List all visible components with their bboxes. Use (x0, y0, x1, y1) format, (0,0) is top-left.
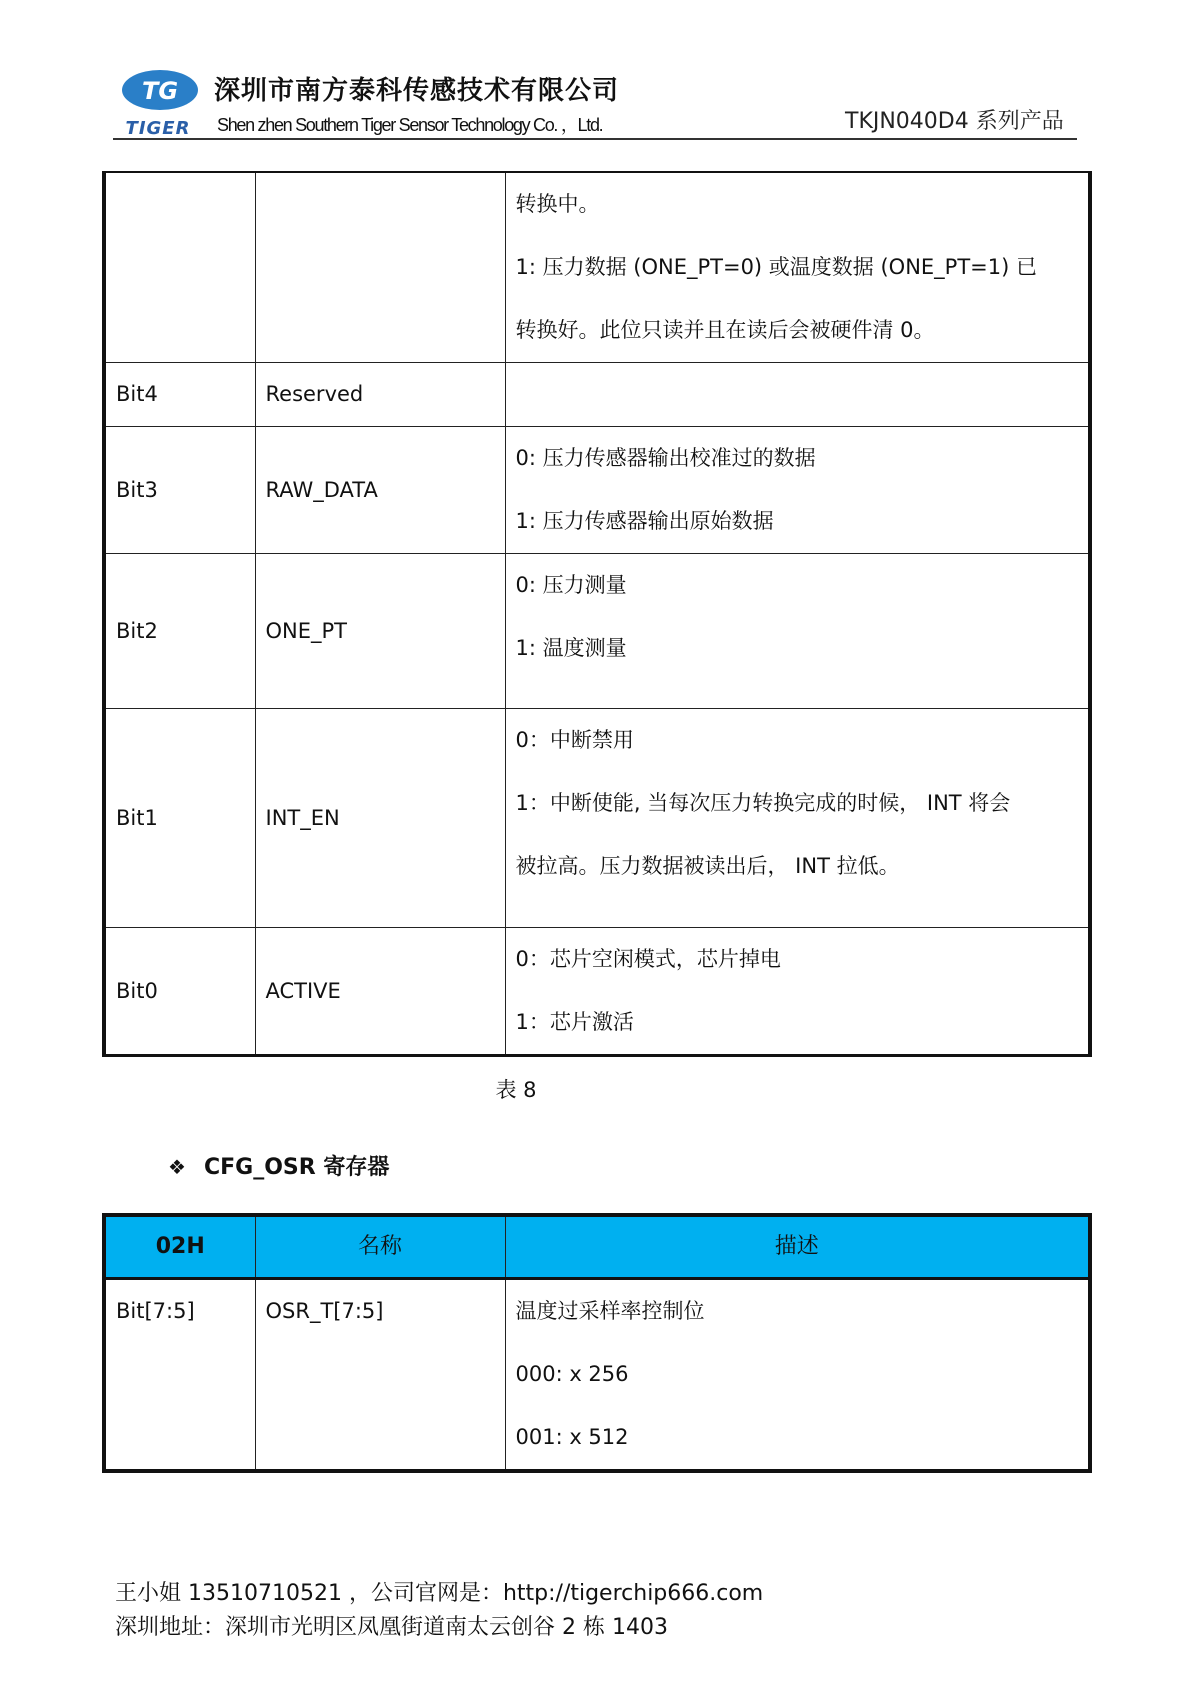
svg-text:TIGER: TIGER (126, 118, 191, 138)
table-row: 转换中。 1: 压力数据 (ONE_PT=0) 或温度数据 (ONE_PT=1)… (104, 172, 1090, 363)
desc-line: 0: 压力测量 (516, 554, 1079, 617)
name-cell: OSR_T[7:5] (255, 1279, 505, 1472)
desc-line: 0: 压力传感器输出校准过的数据 (516, 427, 1079, 490)
desc-line: 1: 压力传感器输出原始数据 (516, 490, 1079, 553)
desc-cell: 温度过采样率控制位 000: x 256 001: x 512 (505, 1279, 1090, 1472)
desc-line: 1: 压力数据 (ONE_PT=0) 或温度数据 (ONE_PT=1) 已 (516, 236, 1079, 299)
product-series: TKJN040D4 系列产品 (845, 104, 1064, 135)
cfg-osr-table: 02H 名称 描述 Bit[7:5] OSR_T[7:5] 温度过采样率控制位 … (102, 1213, 1092, 1473)
bit-cell: Bit1 (104, 709, 255, 928)
desc-line: 001: x 512 (516, 1406, 1079, 1469)
name-cell (255, 172, 505, 363)
desc-line: 转换好。此位只读并且在读后会被硬件清 0。 (516, 299, 1079, 362)
desc-line: 转换中。 (516, 173, 1079, 236)
section-heading: ❖CFG_OSR 寄存器 (168, 1150, 389, 1181)
name-cell: RAW_DATA (255, 427, 505, 554)
table-row: Bit3 RAW_DATA 0: 压力传感器输出校准过的数据 1: 压力传感器输… (104, 427, 1090, 554)
desc-line: 0：中断禁用 (516, 709, 1079, 772)
desc-cell: 转换中。 1: 压力数据 (ONE_PT=0) 或温度数据 (ONE_PT=1)… (505, 172, 1090, 363)
desc-line: 000: x 256 (516, 1343, 1079, 1406)
footer-contact: 王小姐 13510710521 ，公司官网是：http://tigerchip6… (115, 1576, 763, 1607)
svg-text:TG: TG (142, 77, 178, 105)
desc-cell: 0：芯片空闲模式，芯片掉电 1：芯片激活 (505, 928, 1090, 1056)
desc-line: 1：芯片激活 (516, 991, 1079, 1054)
desc-line: 1：中断使能, 当每次压力转换完成的时候， INT 将会 (516, 772, 1079, 835)
register-bit-table: 转换中。 1: 压力数据 (ONE_PT=0) 或温度数据 (ONE_PT=1)… (102, 171, 1092, 1057)
name-cell: Reserved (255, 363, 505, 427)
column-header-address: 02H (104, 1215, 255, 1279)
name-cell: INT_EN (255, 709, 505, 928)
name-cell: ACTIVE (255, 928, 505, 1056)
desc-line: 温度过采样率控制位 (516, 1280, 1079, 1343)
name-cell: ONE_PT (255, 554, 505, 709)
table-row: Bit4 Reserved (104, 363, 1090, 427)
bit-cell: Bit3 (104, 427, 255, 554)
table-caption: 表 8 (0, 1074, 1032, 1104)
diamond-bullet-icon: ❖ (168, 1155, 190, 1179)
field-name: OSR_T[7:5] (266, 1280, 495, 1343)
desc-line: 0：芯片空闲模式，芯片掉电 (516, 928, 1079, 991)
header-divider (113, 138, 1077, 140)
table-header-row: 02H 名称 描述 (104, 1215, 1090, 1279)
desc-cell: 0: 压力传感器输出校准过的数据 1: 压力传感器输出原始数据 (505, 427, 1090, 554)
table-row: Bit0 ACTIVE 0：芯片空闲模式，芯片掉电 1：芯片激活 (104, 928, 1090, 1056)
table-row: Bit2 ONE_PT 0: 压力测量 1: 温度测量 (104, 554, 1090, 709)
tiger-tg-logo-icon: TG TIGER (118, 68, 202, 138)
bit-cell: Bit0 (104, 928, 255, 1056)
desc-cell (505, 363, 1090, 427)
desc-cell: 0: 压力测量 1: 温度测量 (505, 554, 1090, 709)
desc-line: 1: 温度测量 (516, 617, 1079, 680)
section-title: CFG_OSR 寄存器 (204, 1155, 389, 1180)
desc-cell: 0：中断禁用 1：中断使能, 当每次压力转换完成的时候， INT 将会 被拉高。… (505, 709, 1090, 928)
company-name-en: Shen zhen Southern Tiger Sensor Technolo… (217, 111, 602, 137)
bit-cell: Bit2 (104, 554, 255, 709)
column-header-description: 描述 (505, 1215, 1090, 1279)
bit-cell: Bit4 (104, 363, 255, 427)
bit-label: Bit[7:5] (116, 1280, 245, 1343)
bit-cell (104, 172, 255, 363)
column-header-name: 名称 (255, 1215, 505, 1279)
table-row: Bit[7:5] OSR_T[7:5] 温度过采样率控制位 000: x 256… (104, 1279, 1090, 1472)
table-row: Bit1 INT_EN 0：中断禁用 1：中断使能, 当每次压力转换完成的时候，… (104, 709, 1090, 928)
bit-cell: Bit[7:5] (104, 1279, 255, 1472)
desc-line: 被拉高。压力数据被读出后， INT 拉低。 (516, 835, 1079, 898)
company-name-cn: 深圳市南方泰科传感技术有限公司 (214, 70, 619, 107)
footer-address: 深圳地址：深圳市光明区凤凰街道南太云创谷 2 栋 1403 (115, 1610, 668, 1641)
